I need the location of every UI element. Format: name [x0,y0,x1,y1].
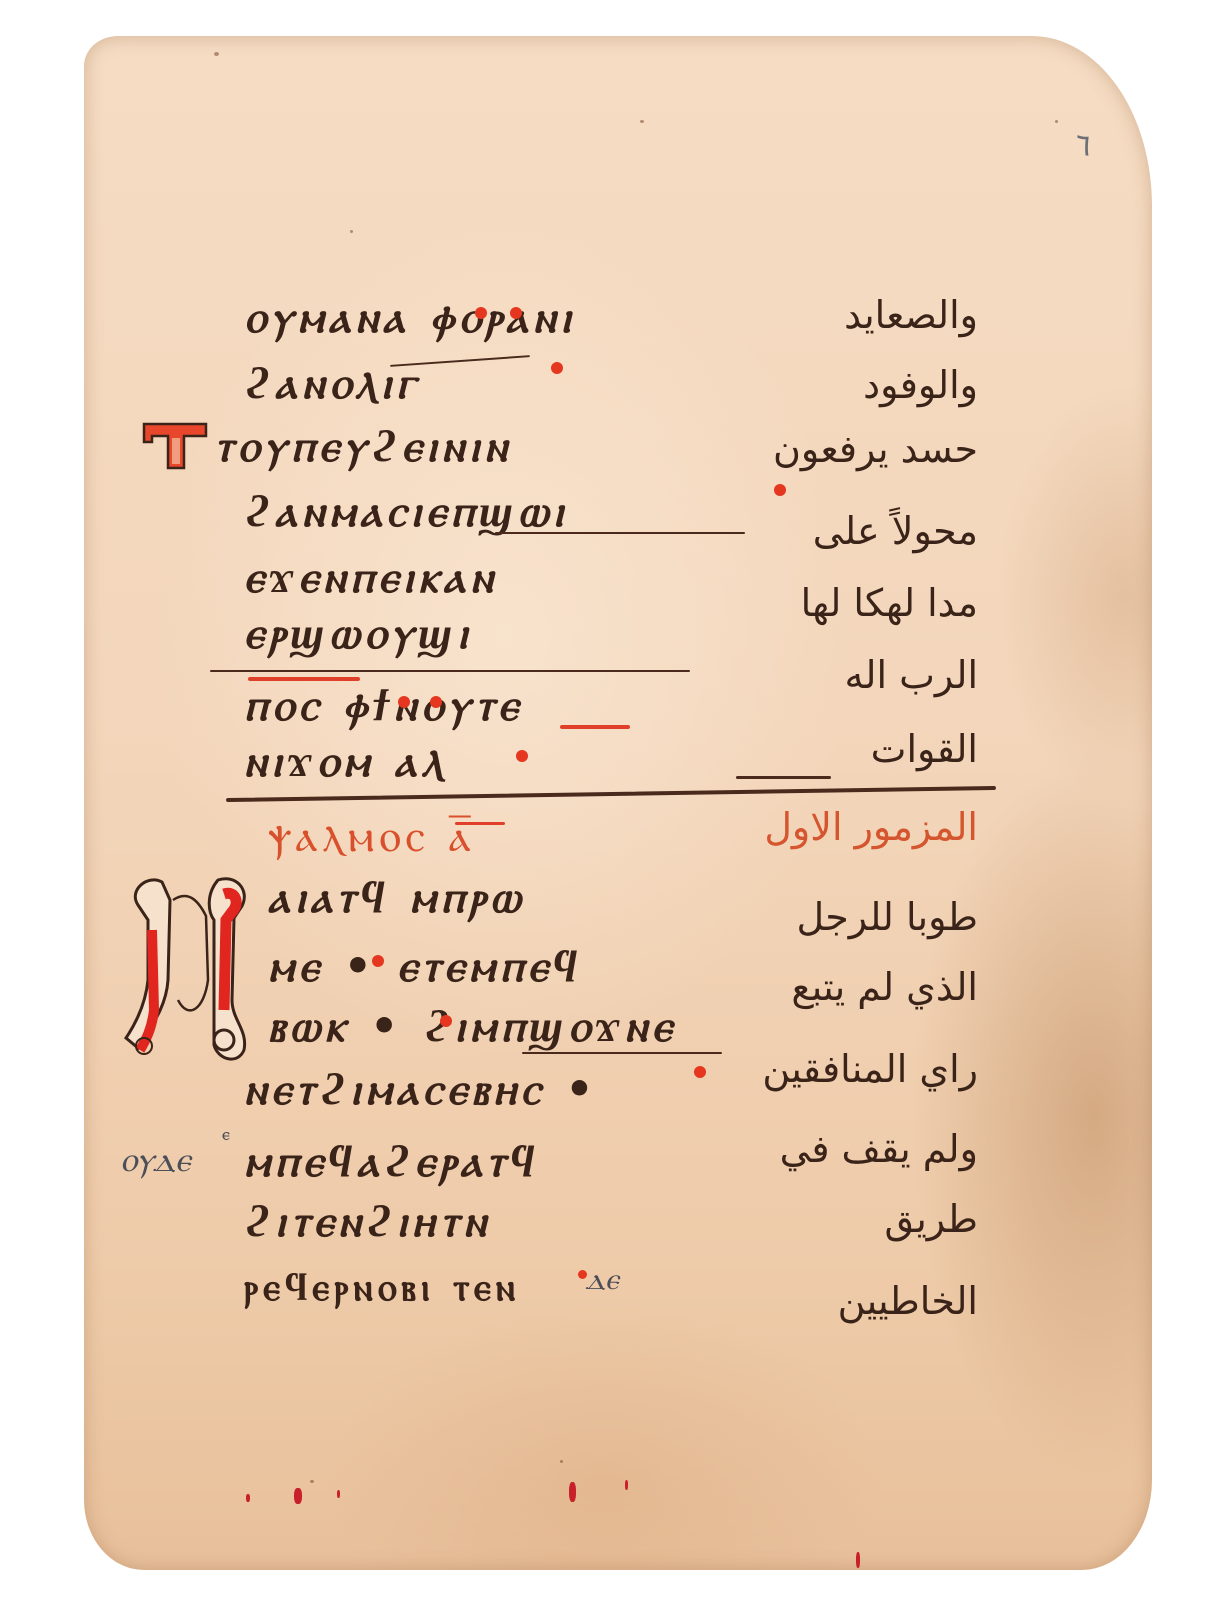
manuscript-leaf [84,36,1152,1570]
red-ink-mark [625,1480,628,1490]
arabic-line-1: والصعايد [678,296,978,334]
rubric-dot [774,484,786,496]
arabic-line-5: مدا لهكا لها [678,584,978,622]
illuminated-initial-m-icon [118,860,268,1065]
paper-speck [350,230,353,233]
red-ink-mark [856,1552,860,1568]
interlinear-correction: ⲇⲉ [585,1262,618,1297]
psalm-heading-arabic: المزمور الاول [678,808,978,846]
arabic-line-8: طوبا للرجل [678,898,978,936]
numeral-overline [455,822,505,825]
coptic-line-9: ⲁⲓⲁⲧϥ ⲙⲡⲣⲱ [268,876,525,920]
arabic-line-3: حسد يرفعون [678,430,978,468]
red-ink-mark [246,1494,250,1502]
arabic-line-4: محولاً على [678,512,978,550]
arabic-line-13: الخاطيين [678,1282,978,1320]
coptic-line-8: ⲛⲓϫⲟⲙ ⲁⲗ [244,740,447,784]
coptic-line-7: ⲡⲟⲥ ⲫϯⲛⲟⲩⲧⲉ [244,684,523,728]
underline-rule [210,670,690,672]
paper-speck [214,52,219,56]
rubric-dot [551,362,563,374]
red-ink-mark [337,1490,340,1498]
rubric-dot [510,307,522,319]
red-ink-mark [294,1488,302,1504]
coptic-line-4: ϩⲁⲛⲙⲁⲥⲓⲉⲡϣⲱⲓ [244,490,568,534]
rubric-dot [578,1270,587,1279]
red-ink-mark [569,1482,576,1502]
marginal-superscript: ⲉ [222,1124,230,1145]
arabic-line-7: القوات [678,730,978,768]
marginal-correction: ⲟⲩⲇⲉ [120,1140,190,1180]
psalm-heading-coptic: ⲯⲁⲗⲙⲟⲥ ⲁ̅ [268,815,476,859]
coptic-line-3: ⲧⲟⲩⲡⲉⲩϩⲉⲓⲛⲓⲛ [214,425,512,469]
rubric-dot [516,750,528,762]
paper-speck [640,120,644,123]
coptic-line-12: ⲛⲉⲧϩⲓⲙⲁⲥⲉⲃⲏⲥ • [244,1068,598,1112]
coptic-line-13: ⲙⲡⲉϥⲁϩⲉⲣⲁⲧϥ [244,1140,539,1184]
paper-speck [560,1460,563,1463]
coptic-line-2: ϩⲁⲛⲟⲗⲓⲅ [244,362,420,406]
rubric-dot [372,955,384,967]
rubric-dot [430,696,442,708]
coptic-line-10: ⲙⲉ • ⲉⲧⲉⲙⲡⲉϥ [268,945,582,989]
line-end-filler [736,776,831,779]
rubric-dot [475,307,487,319]
red-initial-t-icon [140,420,212,472]
arabic-line-2: والوفود [678,366,978,404]
paper-speck [1055,120,1058,123]
coptic-line-11: ⲃⲱⲕ • ϩⲓⲙⲡϣⲟϫⲛⲉ [268,1005,676,1049]
coptic-line-14: ϩⲓⲧⲉⲛϩⲓⲏⲧⲛ [244,1200,491,1244]
arabic-line-10: راي المنافقين [678,1050,978,1088]
coptic-line-6: ⲉⲣϣⲱⲟⲩϣⲓ [244,612,473,656]
red-rule [560,725,630,729]
rubric-dot [398,696,410,708]
coptic-line-15: ⲣⲉϥⲉⲣⲛⲟⲃⲓ ⲧⲉⲛ [244,1268,520,1306]
arabic-line-9: الذي لم يتبع [678,968,978,1006]
coptic-line-5: ⲉϫⲉⲛⲡⲉⲓⲕⲁⲛ [244,556,498,600]
rubric-dot [440,1015,452,1027]
coptic-line-1: ⲟⲩⲙⲁⲛⲁ ⲫⲟⲣⲁⲛⲓ [244,296,576,340]
arabic-line-12: طريق [678,1200,978,1238]
arabic-line-11: ولم يقف في [678,1130,978,1168]
paper-speck [310,1480,314,1483]
arabic-line-6: الرب اله [678,656,978,694]
